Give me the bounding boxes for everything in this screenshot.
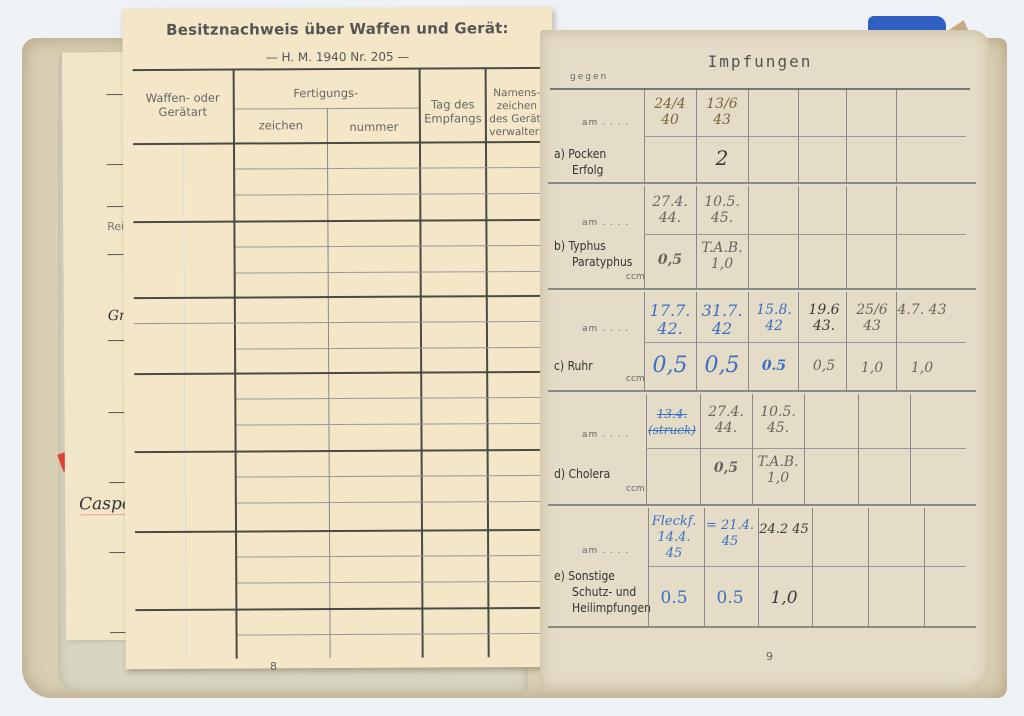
page-number-left: 8 bbox=[270, 660, 277, 673]
page-title-impfungen: Impfungen bbox=[650, 52, 870, 71]
ccm-label: ccm bbox=[626, 374, 645, 384]
date-entry: 25/6 43 bbox=[846, 302, 898, 334]
date-entry: 10.5. 45. bbox=[696, 194, 748, 226]
gegen-label: gegen bbox=[570, 72, 608, 82]
vaccine-name: Sonstige bbox=[568, 569, 615, 583]
dose-entry: 0,5 bbox=[798, 358, 850, 374]
date-entry: 24/4 40 bbox=[644, 96, 696, 128]
dose-entry: 0,5 bbox=[644, 354, 696, 378]
am-label: am . . . . bbox=[582, 118, 629, 128]
date-entry: Fleckf. 14.4. 45 bbox=[648, 514, 700, 562]
date-entry: 24.2 45 bbox=[758, 522, 810, 538]
date-entry: 27.4. 44. bbox=[644, 194, 696, 226]
section-prefix: d) bbox=[554, 467, 565, 481]
ccm-label: ccm bbox=[626, 272, 645, 282]
impfungen-page: Impfungen gegen am . . . . a) Pocken Erf… bbox=[540, 30, 990, 690]
ccm-label: ccm bbox=[626, 484, 645, 494]
date-entry: 27.4. 44. bbox=[700, 404, 752, 436]
vaccine-name: Pocken bbox=[568, 147, 606, 161]
dose-entry: 0,5 bbox=[644, 252, 696, 268]
am-label: am . . . . bbox=[582, 218, 629, 228]
vaccine-subtitle: Erfolg bbox=[572, 162, 604, 178]
dose-entry: 0,5 bbox=[700, 460, 752, 476]
date-entry: 13/6 43 bbox=[696, 96, 748, 128]
section-prefix: c) bbox=[554, 359, 564, 373]
date-entry: 17.7. 42. bbox=[644, 302, 696, 338]
section-prefix: b) bbox=[554, 239, 565, 253]
vaccine-subtitle: Paratyphus bbox=[572, 254, 632, 270]
page-number-right: 9 bbox=[766, 650, 773, 663]
date-entry: 31.7. 42 bbox=[696, 302, 748, 338]
section-pocken: am . . . . a) Pocken Erfolg 24/4 40 13/6… bbox=[540, 90, 976, 184]
col-header-nummer: nummer bbox=[329, 120, 419, 134]
vaccine-name: Ruhr bbox=[568, 359, 593, 373]
vaccine-name: Cholera bbox=[569, 467, 611, 481]
result-entry: 2 bbox=[696, 150, 748, 166]
date-entry: 10.5. 45. bbox=[752, 404, 804, 436]
page-title: Besitznachweis über Waffen und Gerät: bbox=[122, 19, 552, 39]
col-header-waffen: Waffen- oder Gerätart bbox=[133, 91, 233, 120]
section-cholera: am . . . . d) Cholera ccm 13.4. (struck)… bbox=[540, 394, 976, 506]
am-label: am . . . . bbox=[582, 546, 629, 556]
besitznachweis-page: Besitznachweis über Waffen und Gerät: — … bbox=[122, 7, 555, 669]
col-header-zeichen: zeichen bbox=[235, 118, 327, 132]
am-label: am . . . . bbox=[582, 430, 629, 440]
section-typhus: am . . . . b) Typhus Paratyphus ccm 27.4… bbox=[540, 186, 976, 290]
section-ruhr: am . . . . c) Ruhr ccm 17.7. 42. 31.7. 4… bbox=[540, 292, 976, 392]
section-sonstige: am . . . . e) Sonstige Schutz- und Heili… bbox=[540, 508, 976, 628]
dose-entry: 1,0 bbox=[758, 590, 810, 606]
am-label: am . . . . bbox=[582, 324, 629, 334]
dose-entry: 1,0 bbox=[896, 360, 948, 376]
col-header-namenszeichen: Namens- zeichen des Gerät- verwalters bbox=[487, 87, 547, 139]
date-entry: 15.8. 42 bbox=[748, 302, 800, 334]
date-entry: 19.6 43. bbox=[798, 302, 850, 334]
date-entry: 4.7. 43 bbox=[896, 302, 948, 318]
equipment-table: Waffen- oder Gerätart Fertigungs- zeiche… bbox=[133, 67, 550, 659]
date-entry-struck: 13.4. (struck) bbox=[646, 406, 698, 438]
dose-entry: 0,5 bbox=[696, 354, 748, 378]
dose-entry: T.A.B. 1,0 bbox=[752, 454, 804, 486]
dose-entry: 0.5 bbox=[648, 590, 700, 606]
vaccine-subtitle: Schutz- und Heilimpfungen bbox=[572, 584, 652, 616]
page-subtitle: — H. M. 1940 Nr. 205 — bbox=[122, 49, 552, 65]
col-header-fertigungs: Fertigungs- bbox=[235, 86, 417, 101]
dose-entry: 1,0 bbox=[846, 360, 898, 376]
dose-entry: 0.5 bbox=[748, 358, 800, 374]
section-prefix: a) bbox=[554, 147, 565, 161]
dose-entry: T.A.B. 1,0 bbox=[696, 240, 748, 272]
vaccine-name: Typhus bbox=[569, 239, 606, 253]
section-prefix: e) bbox=[554, 569, 565, 583]
col-header-tag-des-empfangs: Tag des Empfangs bbox=[421, 97, 485, 125]
dose-entry: 0.5 bbox=[704, 590, 756, 606]
date-entry: = 21.4. 45 bbox=[704, 518, 756, 550]
